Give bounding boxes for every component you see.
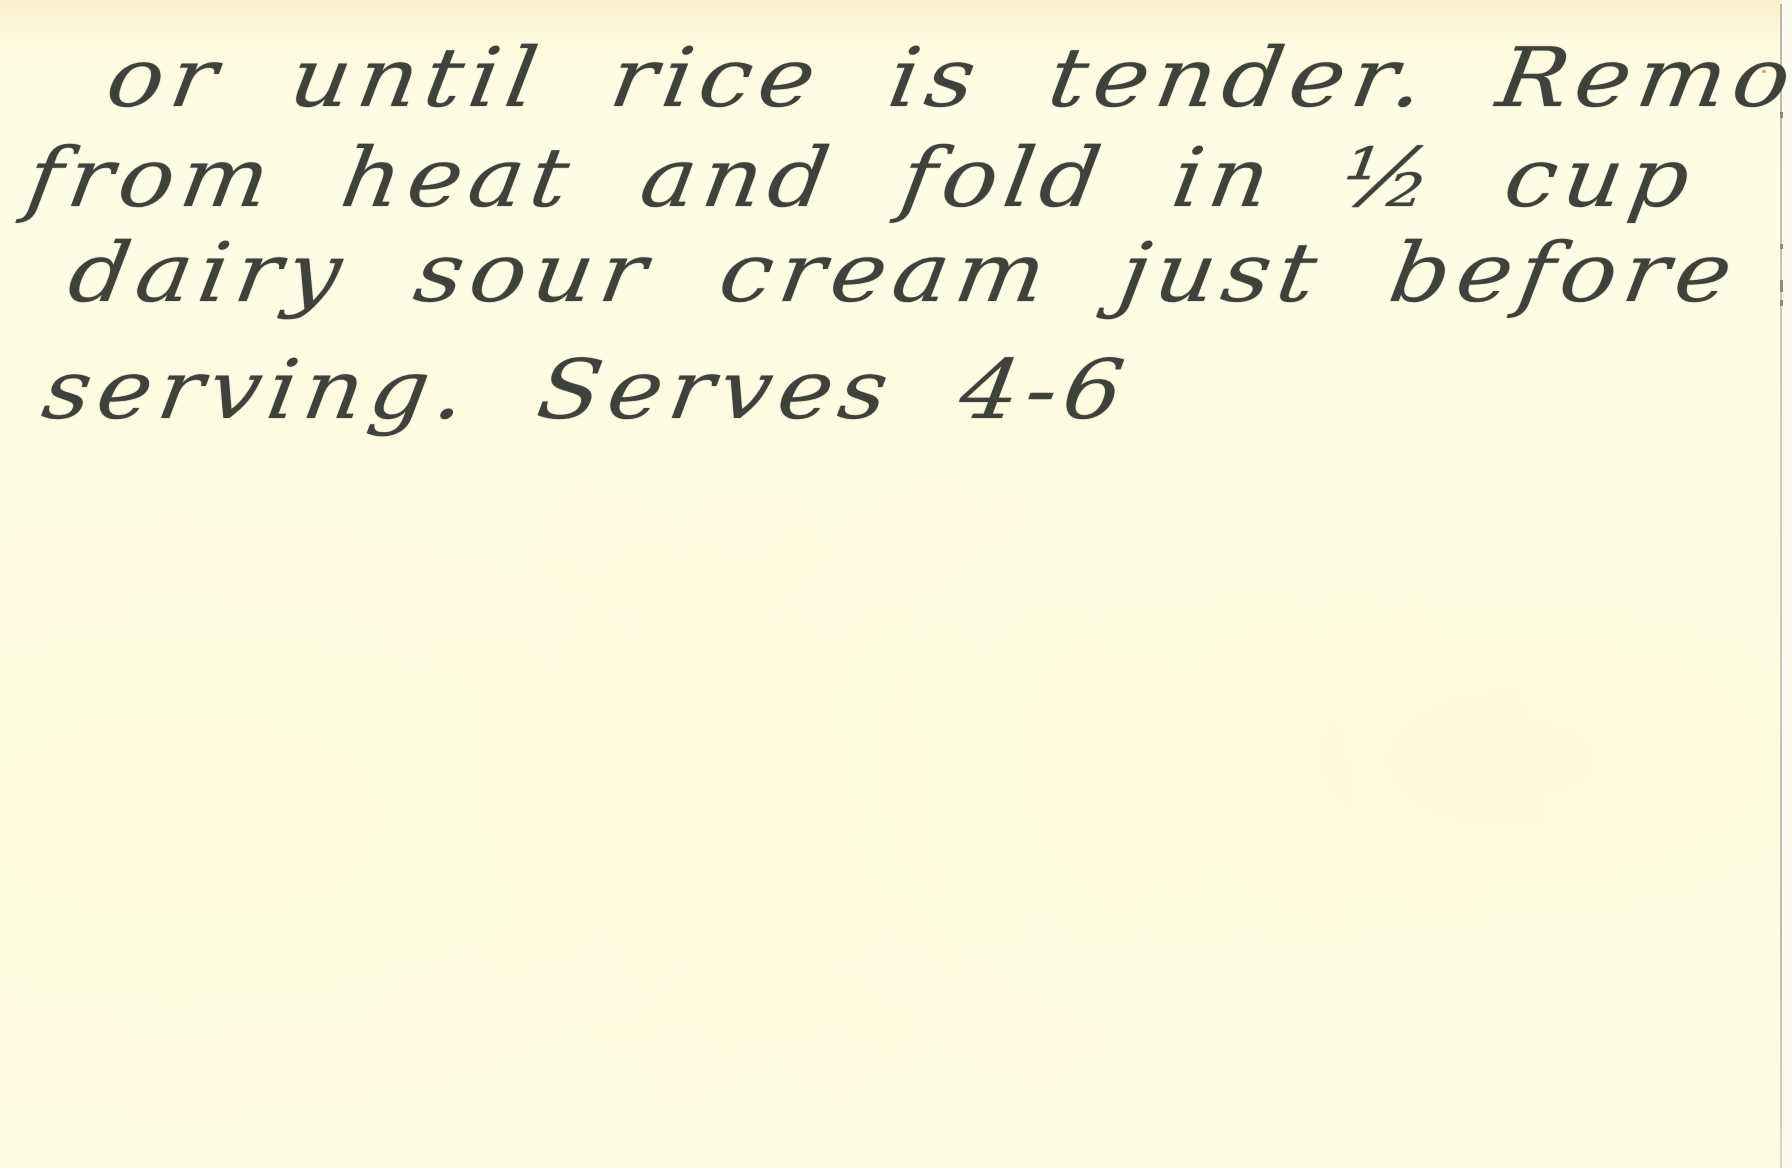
handwritten-line-4: serving. Serves 4-6 <box>38 350 1136 432</box>
handwritten-line-2: from heat and fold in ½ cup <box>22 138 1702 220</box>
handwritten-text: or until rice is tender. Remove from hea… <box>0 0 1792 1168</box>
handwritten-line-1: or until rice is tender. Remove <box>101 38 1792 120</box>
handwritten-line-3: dairy sour cream just before <box>63 233 1744 315</box>
recipe-card: or until rice is tender. Remove from hea… <box>0 0 1792 1168</box>
